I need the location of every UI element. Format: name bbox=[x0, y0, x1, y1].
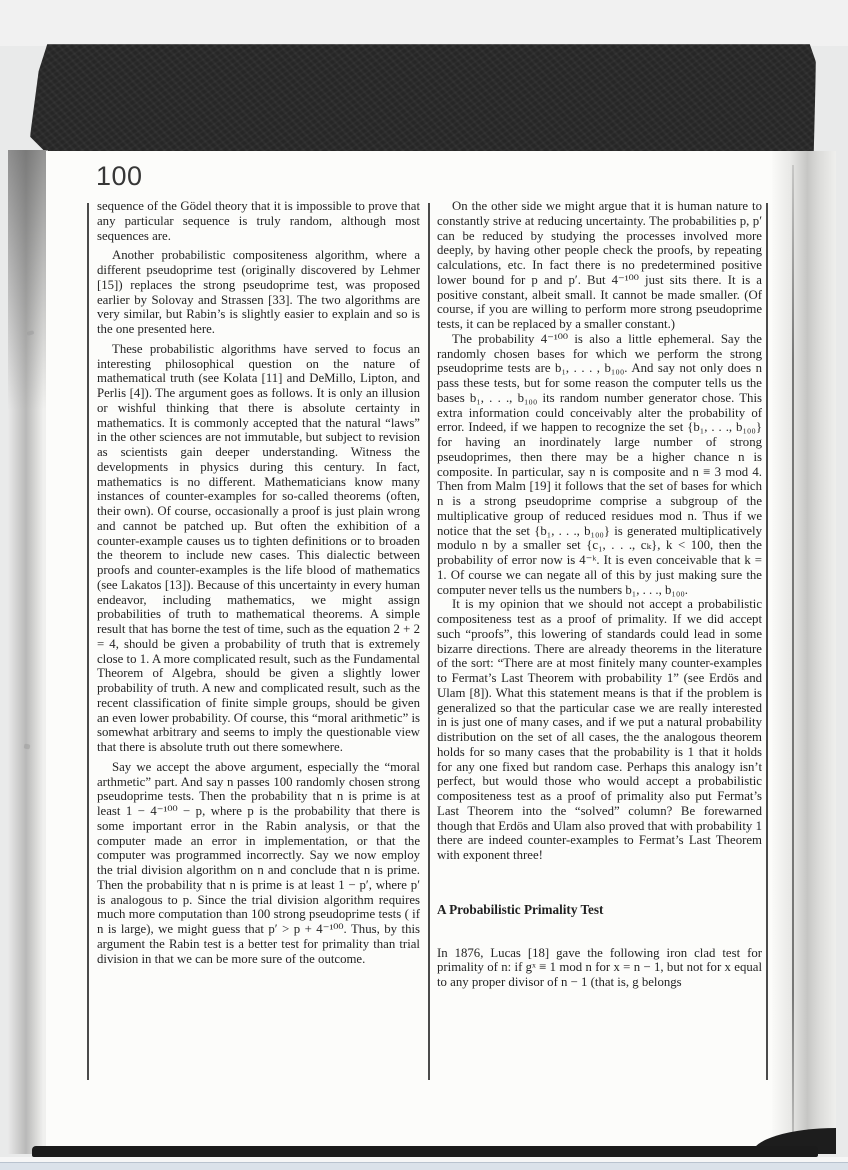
body-paragraph: Say we accept the above argument, especi… bbox=[97, 760, 420, 967]
page-edge-crease bbox=[792, 165, 794, 1140]
body-paragraph: sequence of the Gödel theory that it is … bbox=[97, 199, 420, 243]
page-number: 100 bbox=[96, 161, 143, 192]
body-paragraph: These probabilistic algorithms have serv… bbox=[97, 342, 420, 755]
book-bottom-edge bbox=[32, 1146, 818, 1157]
body-paragraph: It is my opinion that we should not acce… bbox=[437, 597, 762, 863]
book-right-page-edges bbox=[772, 151, 836, 1152]
left-column: sequence of the Gödel theory that it is … bbox=[97, 199, 420, 971]
right-column: On the other side we might argue that it… bbox=[437, 199, 762, 990]
body-paragraph: In 1876, Lucas [18] gave the following i… bbox=[437, 946, 762, 990]
column-rule-right bbox=[766, 203, 768, 1080]
margin-smudge bbox=[24, 744, 31, 750]
body-paragraph: Another probabilistic compositeness algo… bbox=[97, 248, 420, 337]
scan-dark-band bbox=[30, 44, 816, 157]
scan-bottom-strip bbox=[0, 1162, 848, 1170]
scan-top-margin bbox=[0, 0, 848, 46]
book-left-edge-shadow bbox=[8, 150, 48, 410]
column-rule-middle bbox=[428, 203, 430, 1080]
section-heading: A Probabilistic Primality Test bbox=[437, 903, 762, 918]
body-paragraph: The probability 4⁻¹⁰⁰ is also a little e… bbox=[437, 332, 762, 598]
column-rule-left bbox=[87, 203, 89, 1080]
body-paragraph: On the other side we might argue that it… bbox=[437, 199, 762, 332]
